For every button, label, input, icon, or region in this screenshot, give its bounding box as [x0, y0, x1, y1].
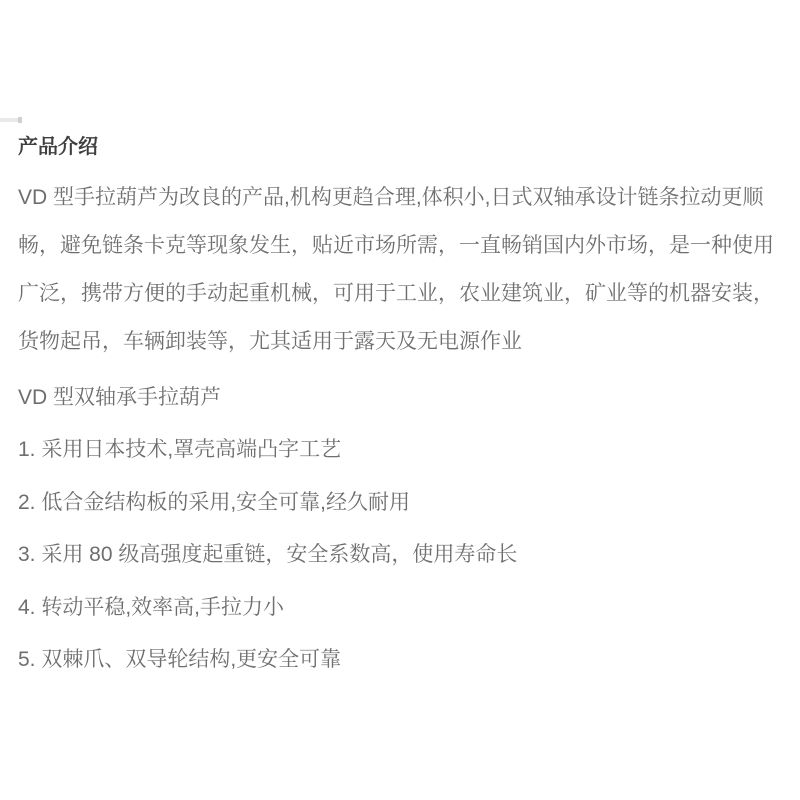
section-title: 产品介绍 — [18, 137, 792, 158]
feature-item: 4. 转动平稳,效率高,手拉力小 — [18, 584, 792, 632]
feature-list: 1. 采用日本技术,罩壳高端凸字工艺 2. 低合金结构板的采用,安全可靠,经久耐… — [18, 426, 792, 684]
feature-item: 1. 采用日本技术,罩壳高端凸字工艺 — [18, 426, 792, 474]
product-description-page: 产品介绍 VD 型手拉葫芦为改良的产品,机构更趋合理,体积小,日式双轴承设计链条… — [0, 0, 800, 800]
product-description-content: 产品介绍 VD 型手拉葫芦为改良的产品,机构更趋合理,体积小,日式双轴承设计链条… — [18, 0, 792, 684]
intro-line: 货物起吊，车辆卸装等，尤其适用于露天及无电源作业 — [18, 318, 792, 366]
intro-line: 畅，避免链条卡克等现象发生，贴近市场所需，一直畅销国内外市场，是一种使用 — [18, 222, 792, 270]
intro-line: VD 型手拉葫芦为改良的产品,机构更趋合理,体积小,日式双轴承设计链条拉动更顺 — [18, 174, 792, 222]
feature-item: 3. 采用 80 级高强度起重链，安全系数高，使用寿命长 — [18, 531, 792, 579]
intro-line: 广泛，携带方便的手动起重机械，可用于工业，农业建筑业，矿业等的机器安装， — [18, 270, 792, 318]
feature-item: 5. 双棘爪、双导轮结构,更安全可靠 — [18, 636, 792, 684]
product-subtitle: VD 型双轴承手拉葫芦 — [18, 374, 792, 422]
intro-paragraph: VD 型手拉葫芦为改良的产品,机构更趋合理,体积小,日式双轴承设计链条拉动更顺 … — [18, 174, 792, 366]
feature-item: 2. 低合金结构板的采用,安全可靠,经久耐用 — [18, 479, 792, 527]
